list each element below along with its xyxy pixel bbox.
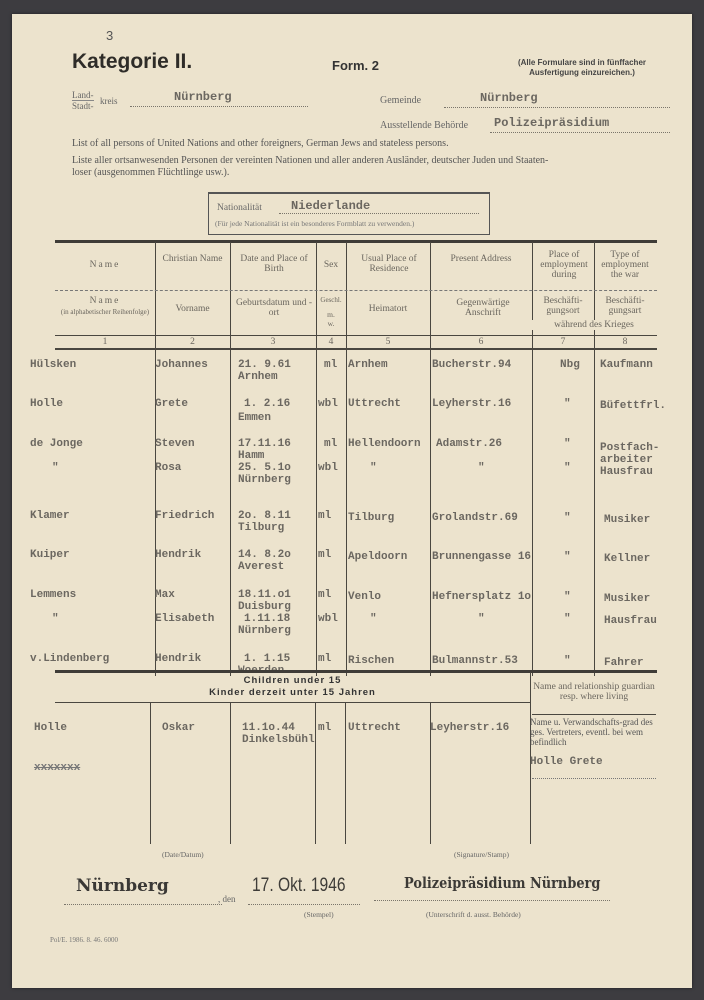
cell-first: Johannes xyxy=(155,359,208,371)
cell-emp-place: " xyxy=(564,462,571,474)
place-stamp: Nürnberg xyxy=(76,876,169,896)
col-num: 6 xyxy=(430,337,532,347)
intro-german-line1: Liste aller ortsanwesenden Personen der … xyxy=(72,155,672,167)
cell-place: Nürnberg xyxy=(238,625,291,637)
place-field: Nürnberg xyxy=(64,874,222,905)
cell-address: Hefnersplatz 1o xyxy=(432,591,531,603)
kreis-label: kreis xyxy=(100,96,118,106)
child-name: Holle xyxy=(34,722,67,734)
date-stamp: 17. Okt. 1946 xyxy=(252,875,346,897)
col-header-sex-note: m. w. xyxy=(326,310,336,328)
cell-emp-type: Musiker xyxy=(604,593,650,605)
child-place: Dinkelsbühl xyxy=(242,734,315,746)
cell-emp-type: Postfach- xyxy=(600,442,659,454)
gemeinde-label: Gemeinde xyxy=(380,95,421,106)
header-divider xyxy=(55,335,657,336)
cell-residence: Apeldoorn xyxy=(348,551,407,563)
children-title-de: Kinder derzeit unter 15 Jahren xyxy=(55,687,530,699)
child-first: Oskar xyxy=(162,722,195,734)
kreis-field: Nürnberg xyxy=(130,90,308,107)
col-header-residence-en: Usual Place of Residence xyxy=(352,254,426,274)
page-title: Kategorie II. xyxy=(72,50,192,74)
cell-emp-place: " xyxy=(564,438,571,450)
guardian-header-en: Name and relationship guardian resp. whe… xyxy=(532,682,656,702)
document-page: 3 Kategorie II. Form. 2 (Alle Formulare … xyxy=(12,14,692,988)
col-header-name-en: Name xyxy=(55,260,155,270)
col-header-sex-en: Sex xyxy=(316,260,346,270)
cell-emp-type: Fahrer xyxy=(604,657,644,669)
child-residence: Uttrecht xyxy=(348,722,401,734)
authority-stamp: Polizeipräsidium Nürnberg xyxy=(404,874,600,892)
date-field: 17. Okt. 1946 xyxy=(248,874,360,905)
child-date: 11.1o.44 xyxy=(242,722,295,734)
cell-address: Bulmannstr.53 xyxy=(432,655,518,667)
cell-sex: wbl xyxy=(318,613,338,625)
col-header-name-de: Name xyxy=(55,296,155,306)
col-num: 3 xyxy=(230,337,316,347)
col-header-date-de: Geburtsdatum und -ort xyxy=(234,298,314,318)
child-address: Leyherstr.16 xyxy=(430,722,509,734)
form-number: Form. 2 xyxy=(332,58,379,73)
cell-date: 21. 9.61 xyxy=(238,359,291,371)
col-header-emp-type-en: Type of employment the war xyxy=(595,250,655,280)
col-divider xyxy=(316,242,317,676)
nationality-label: Nationalität xyxy=(217,203,262,213)
intro-english: List of all persons of United Nations an… xyxy=(72,138,449,149)
col-num: 5 xyxy=(346,337,430,347)
den-label: , den xyxy=(218,894,236,904)
unterschrift-caption: (Unterschrift d. ausst. Behörde) xyxy=(426,910,521,919)
cell-name: " xyxy=(52,613,59,625)
col-header-sex-de: Geschl. xyxy=(316,296,346,305)
cell-date: 1. 2.16 xyxy=(244,398,290,410)
cell-sex: ml xyxy=(318,549,331,561)
cell-place: Nürnberg xyxy=(238,474,291,486)
signature-caption: (Signature/Stamp) xyxy=(454,850,509,859)
print-code: Pol/E. 1986. 8. 46. 6000 xyxy=(50,936,118,944)
children-col-divider xyxy=(345,703,346,844)
intro-german: Liste aller ortsanwesenden Personen der … xyxy=(72,155,672,179)
cell-place: Duisburg xyxy=(238,601,291,613)
cell-sex: wbl xyxy=(318,398,338,410)
cell-emp-place: " xyxy=(564,591,571,603)
col-header-emp-place-en: Place of employment during xyxy=(533,250,595,280)
copies-note: (Alle Formulare sind in fünffacher Ausfe… xyxy=(482,58,682,78)
cell-first: Max xyxy=(155,589,175,601)
land-stadt-label: Land- Stadt- xyxy=(72,90,94,111)
cell-residence: " xyxy=(370,462,377,474)
cell-emp-place: " xyxy=(564,613,571,625)
cell-name: " xyxy=(52,462,59,474)
stempel-caption: (Stempel) xyxy=(304,910,334,919)
cell-date: 2o. 8.11 xyxy=(238,510,291,522)
cell-residence: Hellendoorn xyxy=(348,438,421,450)
child-sex: ml xyxy=(318,722,331,734)
guardian-header-de: Name u. Verwandschafts-grad des ges. Ver… xyxy=(530,717,656,747)
cell-emp-place: " xyxy=(564,512,571,524)
cell-sex: ml xyxy=(318,589,331,601)
children-top-border xyxy=(55,670,657,673)
col-divider xyxy=(532,242,533,676)
land-label: Land- xyxy=(72,90,94,101)
cell-address: " xyxy=(478,462,485,474)
cell-emp-type: arbeiter xyxy=(600,454,653,466)
col-num: 4 xyxy=(316,337,346,347)
cell-first: Hendrik xyxy=(155,653,201,665)
cell-sex: ml xyxy=(324,438,337,450)
col-header-residence-de: Heimatort xyxy=(346,304,430,314)
cell-date: 18.11.o1 xyxy=(238,589,291,601)
col-header-address-de: Gegenwärtige Anschrift xyxy=(448,298,518,318)
cell-place: Averest xyxy=(238,561,284,573)
cell-name: Hülsken xyxy=(30,359,76,371)
col-header-name-note: (in alphabetischer Reihenfolge) xyxy=(60,308,150,316)
cell-sex: ml xyxy=(324,359,337,371)
col-divider xyxy=(230,242,231,676)
copies-note-line1: (Alle Formulare sind in fünffacher xyxy=(482,58,682,68)
stadt-label: Stadt- xyxy=(72,101,94,111)
cell-place: Tilburg xyxy=(238,522,284,534)
col-num: 7 xyxy=(532,337,594,347)
cell-first: Rosa xyxy=(155,462,181,474)
cell-residence: Rischen xyxy=(348,655,394,667)
col-header-date-en: Date and Place of Birth xyxy=(234,254,314,274)
col-header-first-en: Christian Name xyxy=(160,254,225,264)
col-divider xyxy=(594,242,595,676)
cell-date: 17.11.16 xyxy=(238,438,291,450)
cell-residence: " xyxy=(370,613,377,625)
cell-first: Grete xyxy=(155,398,188,410)
signature-field: Polizeipräsidium Nürnberg xyxy=(374,874,610,901)
cell-emp-type: Hausfrau xyxy=(604,615,657,627)
cell-name: v.Lindenberg xyxy=(30,653,109,665)
struck-entry: xxxxxxx xyxy=(34,762,80,774)
col-num: 8 xyxy=(594,337,656,347)
col-header-address-en: Present Address xyxy=(444,254,518,264)
cell-emp-type: Kaufmann xyxy=(600,359,653,371)
children-col-divider xyxy=(315,703,316,844)
cell-date: 14. 8.2o xyxy=(238,549,291,561)
col-header-emp-shared: während des Krieges xyxy=(532,320,656,330)
children-header-bottom xyxy=(55,702,530,703)
cell-residence: Uttrecht xyxy=(348,398,401,410)
cell-place: Arnhem xyxy=(238,371,278,383)
cell-first: Friedrich xyxy=(155,510,214,522)
col-num: 1 xyxy=(55,337,155,347)
cell-emp-place: " xyxy=(564,398,571,410)
behoerde-field: Polizeipräsidium xyxy=(490,116,670,133)
gemeinde-field: Nürnberg xyxy=(444,91,670,108)
cell-residence: Arnhem xyxy=(348,359,388,371)
col-header-first-de: Vorname xyxy=(155,304,230,314)
cell-address: Leyherstr.16 xyxy=(432,398,511,410)
children-title: Children under 15 Kinder derzeit unter 1… xyxy=(55,675,530,699)
cell-sex: wbl xyxy=(318,462,338,474)
cell-name: de Jonge xyxy=(30,438,83,450)
cell-emp-place: " xyxy=(564,655,571,667)
cell-residence: Venlo xyxy=(348,591,381,603)
cell-address: " xyxy=(478,613,485,625)
children-col-divider xyxy=(150,703,151,844)
cell-name: Kuiper xyxy=(30,549,70,561)
page-number: 3 xyxy=(106,28,113,43)
cell-emp-place: Nbg xyxy=(560,359,580,371)
copies-note-line2: Ausfertigung einzureichen.) xyxy=(482,68,682,78)
col-header-emp-type-de: Beschäfti- gungsart xyxy=(600,296,650,316)
col-num: 2 xyxy=(155,337,230,347)
intro-german-line2: loser (ausgenommen Flüchtlinge usw.). xyxy=(72,167,672,179)
cell-address: Bucherstr.94 xyxy=(432,359,511,371)
cell-place: Emmen xyxy=(238,412,271,424)
header-bottom xyxy=(55,348,657,350)
cell-sex: ml xyxy=(318,510,331,522)
cell-residence: Tilburg xyxy=(348,512,394,524)
cell-address: Brunnengasse 16 xyxy=(432,551,531,563)
col-header-emp-place-de: Beschäfti- gungsort xyxy=(538,296,588,316)
cell-sex: ml xyxy=(318,653,331,665)
cell-first: Hendrik xyxy=(155,549,201,561)
header-divider xyxy=(55,290,657,292)
nationality-note: (Für jede Nationalität ist ein besondere… xyxy=(215,219,414,228)
cell-place: Hamm xyxy=(238,450,264,462)
cell-emp-type: Büfettfrl. xyxy=(600,400,666,412)
children-title-en: Children under 15 xyxy=(55,675,530,687)
nationality-box: Nationalität Niederlande (Für jede Natio… xyxy=(208,192,490,235)
cell-name: Lemmens xyxy=(30,589,76,601)
cell-date: 25. 5.1o xyxy=(238,462,291,474)
nationality-field: Niederlande xyxy=(279,199,479,214)
children-col-divider xyxy=(230,703,231,844)
cell-address: Adamstr.26 xyxy=(436,438,502,450)
col-divider xyxy=(430,242,431,676)
behoerde-label: Ausstellende Behörde xyxy=(380,120,468,131)
table-top-border xyxy=(55,240,657,243)
cell-emp-place: " xyxy=(564,551,571,563)
cell-name: Holle xyxy=(30,398,63,410)
guardian-dotted-line xyxy=(532,778,656,780)
guardian-header-divider xyxy=(532,714,656,715)
cell-date: 1.11.18 xyxy=(244,613,290,625)
cell-address: Grolandstr.69 xyxy=(432,512,518,524)
cell-emp-type: Musiker xyxy=(604,514,650,526)
child-guardian: Holle Grete xyxy=(530,756,603,768)
date-caption: (Date/Datum) xyxy=(162,850,204,859)
cell-date: 1. 1.15 xyxy=(244,653,290,665)
cell-emp-type: Kellner xyxy=(604,553,650,565)
cell-first: Steven xyxy=(155,438,195,450)
cell-name: Klamer xyxy=(30,510,70,522)
cell-emp-type-extra: Hausfrau xyxy=(600,466,653,478)
cell-first: Elisabeth xyxy=(155,613,214,625)
